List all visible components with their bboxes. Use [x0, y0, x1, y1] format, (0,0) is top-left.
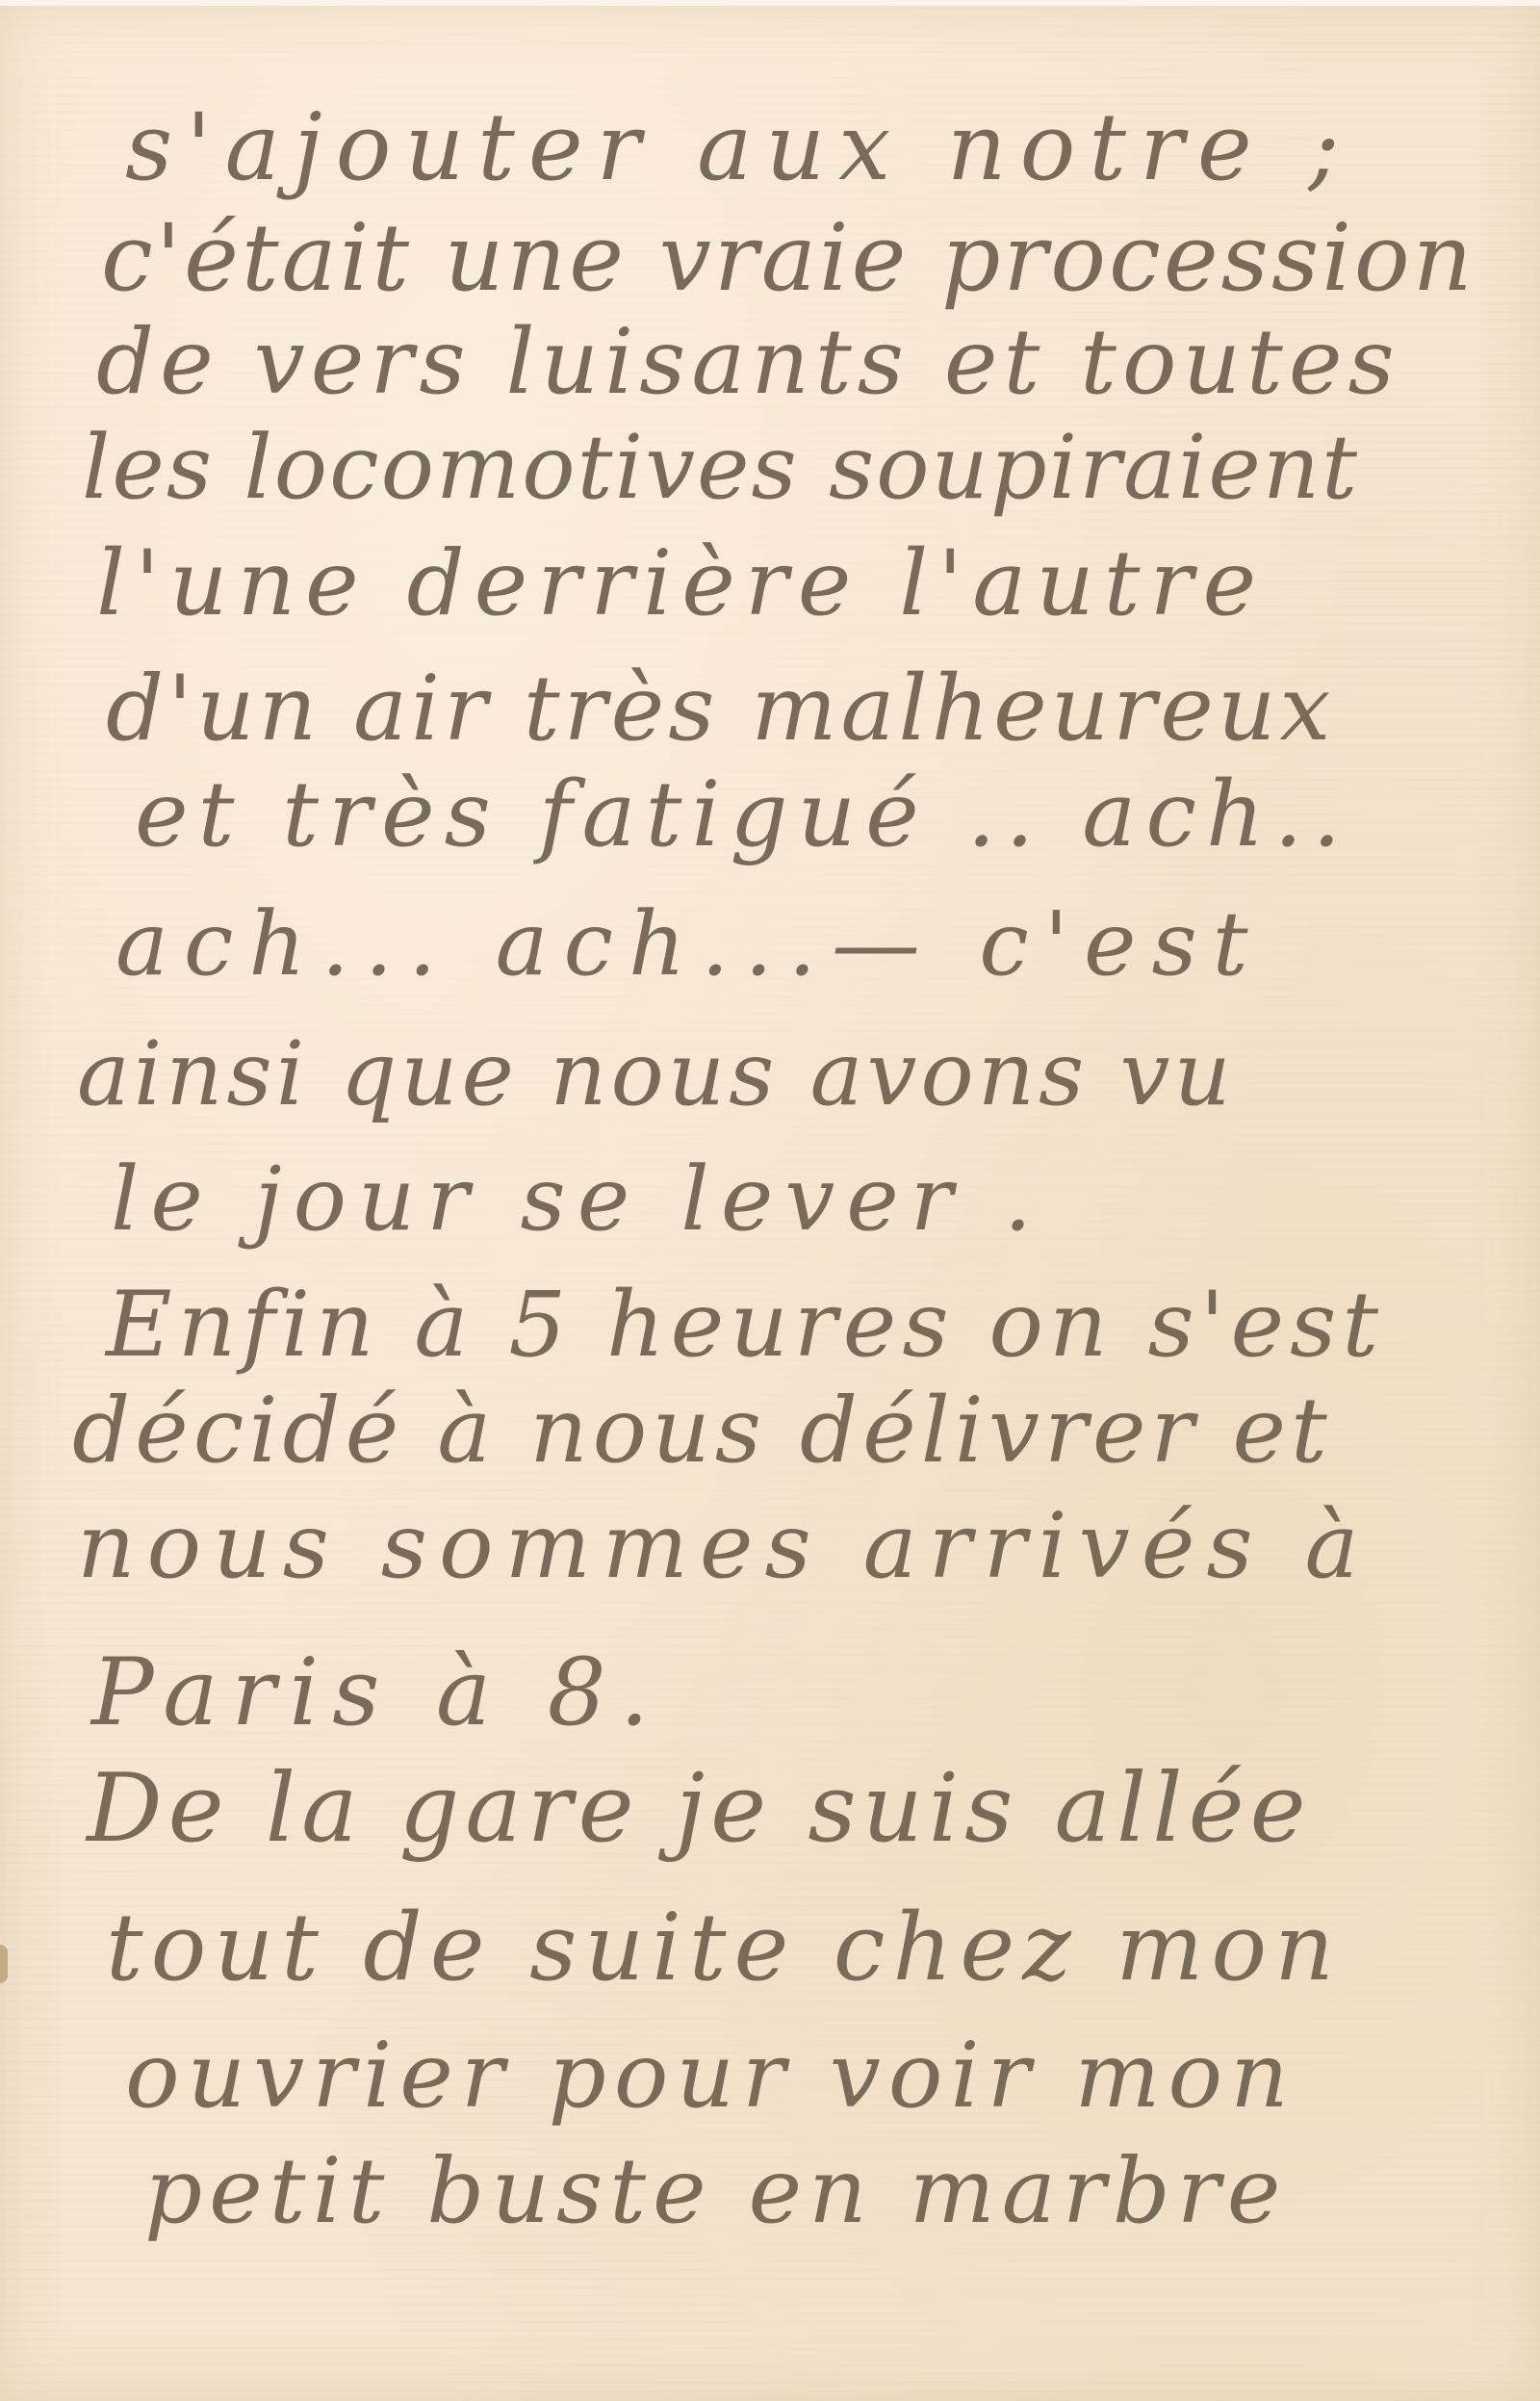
paper-top-edge — [0, 0, 1540, 6]
handwritten-line-3: de vers luisants et toutes — [96, 318, 1400, 408]
letter-page: s'ajouter aux notre ; c'était une vraie … — [0, 0, 1540, 2401]
handwritten-line-4: les locomotives soupiraient — [82, 424, 1359, 512]
handwritten-line-7: et très fatigué .. ach.. — [135, 770, 1350, 861]
handwritten-line-14: Paris à 8. — [91, 1646, 662, 1739]
handwritten-line-8: ach... ach...— c'est — [115, 900, 1264, 989]
handwritten-line-9: ainsi que nous avons vu — [77, 1030, 1235, 1119]
handwritten-line-1: s'ajouter aux notre ; — [125, 101, 1353, 194]
handwritten-line-17: ouvrier pour voir mon — [125, 2031, 1296, 2122]
handwritten-line-18: petit buste en marbre — [144, 2147, 1287, 2237]
handwritten-line-6: d'un air très malheureux — [106, 664, 1334, 755]
handwritten-line-12: décidé à nous délivrer et — [72, 1386, 1332, 1477]
handwritten-line-10: le jour se lever . — [111, 1155, 1043, 1244]
handwritten-line-5: l'une derrière l'autre — [96, 539, 1266, 630]
paper-stain — [0, 1945, 8, 1983]
handwritten-line-15: De la gare je suis allée — [87, 1762, 1312, 1856]
handwritten-line-13: nous sommes arrivés à — [77, 1502, 1371, 1592]
handwritten-line-16: tout de suite chez mon — [106, 1901, 1342, 1994]
handwritten-line-11: Enfin à 5 heures on s'est — [106, 1280, 1384, 1371]
handwritten-line-2: c'était une vraie procession — [101, 212, 1476, 304]
